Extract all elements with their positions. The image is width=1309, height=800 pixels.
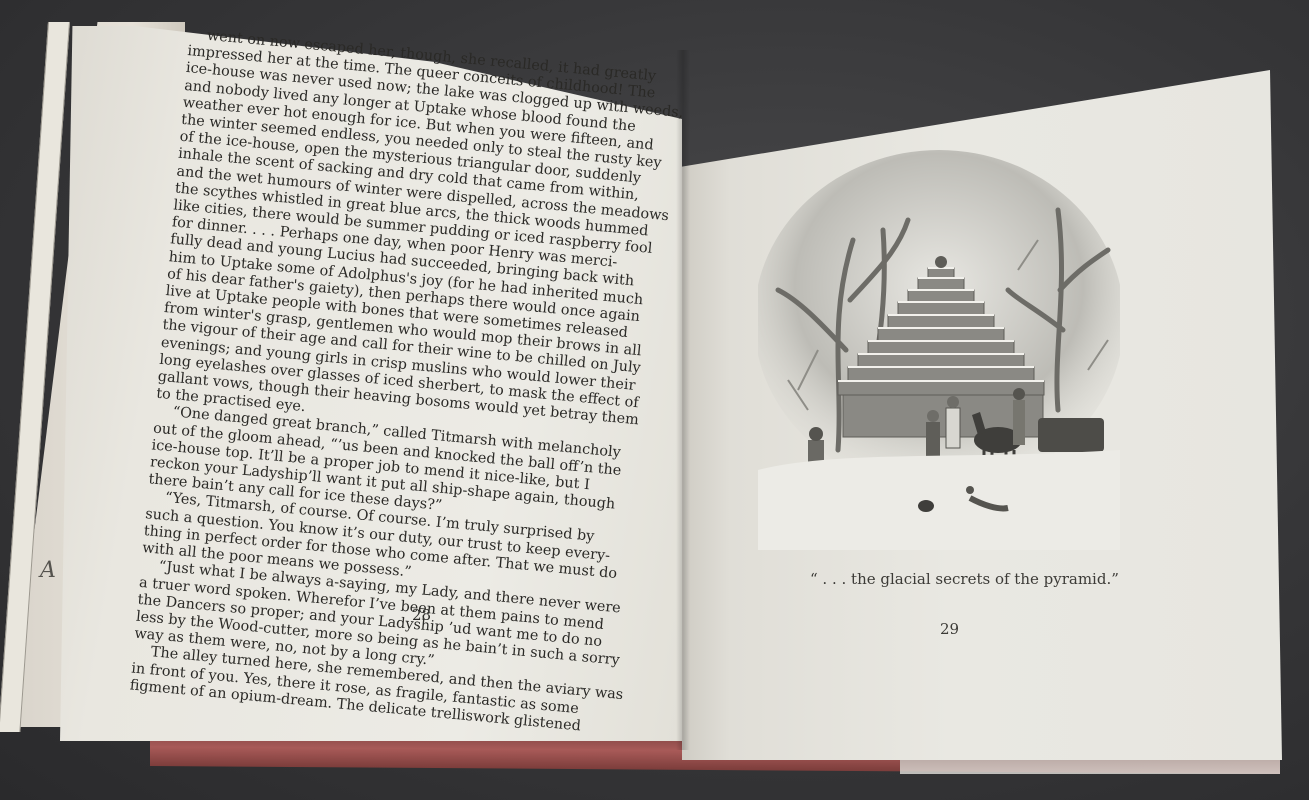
book-gutter <box>676 50 690 750</box>
page-number-left: 28 <box>412 606 431 624</box>
snow-scene-icon <box>758 150 1120 550</box>
pyramid-illustration <box>758 150 1120 550</box>
left-page-body-text: went on now escaped her, though, she rec… <box>129 26 628 734</box>
illustration-caption: “ . . . the glacial secrets of the pyram… <box>810 570 1119 588</box>
book-photo: Simonwrittearounsion, aconceiden. Rthe b… <box>0 0 1309 800</box>
plastic-sleeve-edge <box>900 760 1280 774</box>
page-number-right: 29 <box>940 620 959 638</box>
